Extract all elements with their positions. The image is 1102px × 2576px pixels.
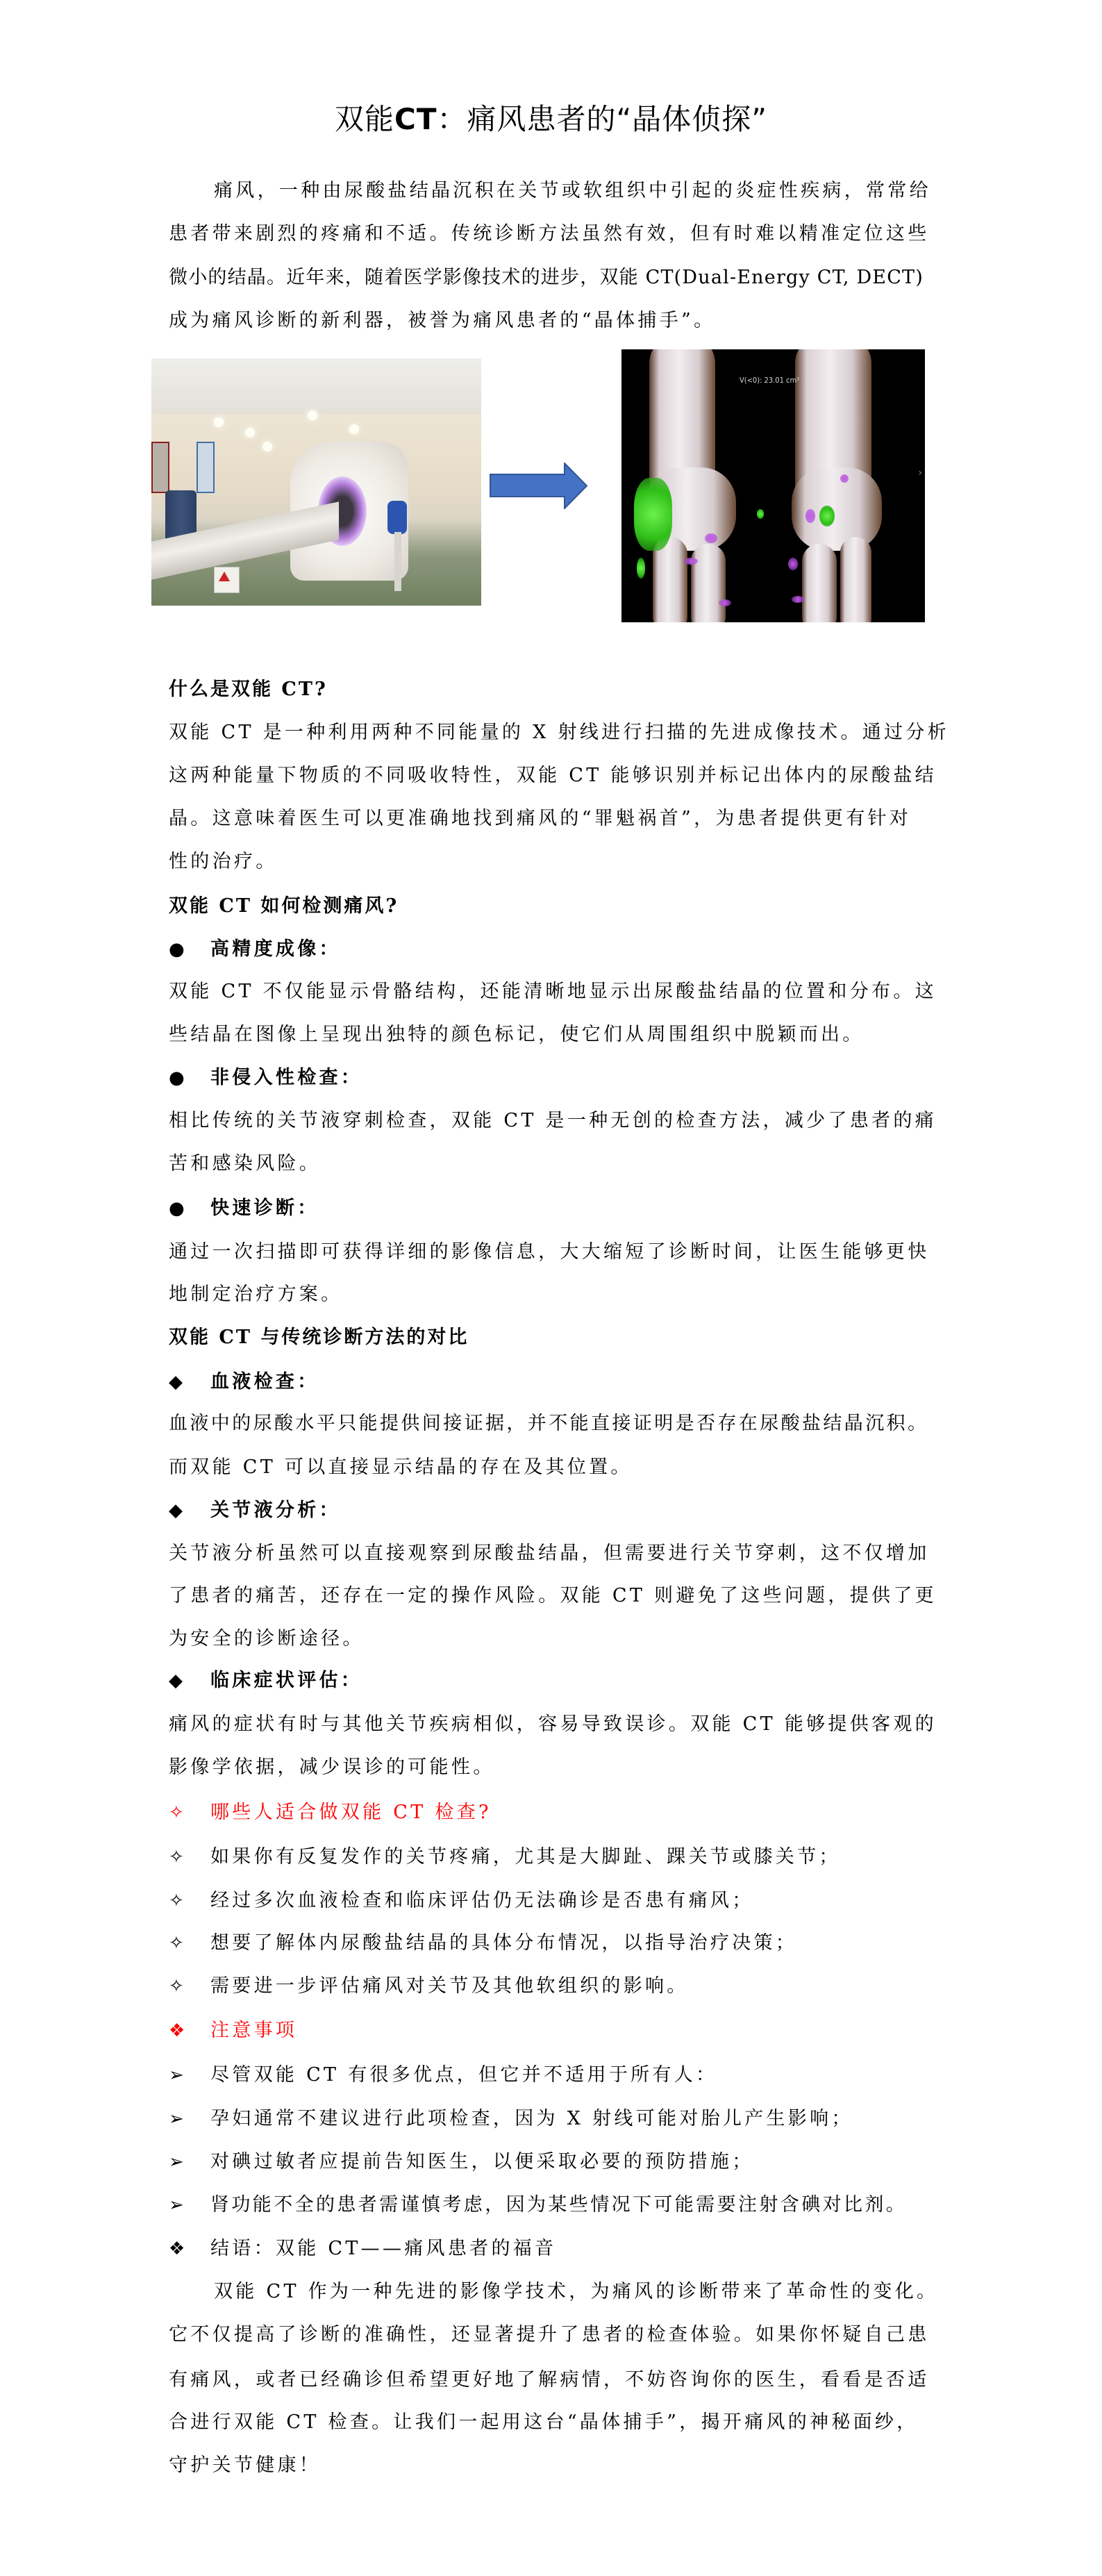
volume-label: V(<0): 23.01 cm³ — [740, 376, 799, 385]
body-line: 有痛风，或者已经确诊但希望更好地了解病情，不妨咨询你的医生，看看是否适 — [169, 2366, 957, 2394]
bullet-dot-icon: ● — [169, 936, 210, 963]
body-line: 血液中的尿酸水平只能提供间接证据，并不能直接证明是否存在尿酸盐结晶沉积。 — [169, 1410, 957, 1438]
section-heading-red: ✧哪些人适合做双能 CT 检查? — [169, 1799, 957, 1827]
conclusion-heading: ❖结语：双能 CT——痛风患者的福音 — [169, 2235, 957, 2263]
bullet-star-icon: ✧ — [169, 1929, 210, 1957]
bullet-four-diamonds-icon: ❖ — [169, 2235, 210, 2263]
list-item: ●快速诊断： — [169, 1195, 957, 1222]
body-line: 守护关节健康！ — [169, 2452, 957, 2479]
list-item: ●非侵入性检查： — [169, 1064, 957, 1092]
list-item: ➢对碘过敏者应提前告知医生，以便采取必要的预防措施； — [169, 2148, 957, 2176]
body-line: 了患者的痛苦，还存在一定的操作风险。双能 CT 则避免了这些问题，提供了更 — [169, 1582, 957, 1610]
heading-text: 注意事项 — [210, 2020, 297, 2041]
dect-ankle-image: V(<0): 23.01 cm³ › — [621, 349, 925, 622]
heading-text: 结语：双能 CT——痛风患者的福音 — [210, 2238, 556, 2259]
bullet-diamond-icon: ◆ — [169, 1368, 210, 1396]
body-line: 相比传统的关节液穿刺检查，双能 CT 是一种无创的检查方法，减少了患者的痛 — [169, 1107, 957, 1135]
item-label: 关节液分析： — [210, 1499, 341, 1521]
body-line: 痛风的症状有时与其他关节疾病相似，容易导致误诊。双能 CT 能够提供客观的 — [169, 1711, 957, 1738]
item-label: 临床症状评估： — [210, 1670, 362, 1691]
item-label: 非侵入性检查： — [210, 1067, 362, 1088]
body-line: 双能 CT 不仅能显示骨骼结构，还能清晰地显示出尿酸盐结晶的位置和分布。这 — [169, 978, 957, 1006]
list-item: ➢尽管双能 CT 有很多优点，但它并不适用于所有人： — [169, 2061, 957, 2089]
intro-line: 成为痛风诊断的新利器，被誉为痛风患者的“晶体捕手”。 — [169, 307, 957, 335]
body-line: 关节液分析虽然可以直接观察到尿酸盐结晶，但需要进行关节穿刺，这不仅增加 — [169, 1540, 957, 1568]
list-item: ✧需要进一步评估痛风对关节及其他软组织的影响。 — [169, 1972, 957, 2000]
list-item: ◆关节液分析： — [169, 1497, 957, 1524]
right-arrow-icon — [490, 463, 588, 509]
item-label: 血液检查： — [210, 1371, 319, 1393]
body-line: 为安全的诊断途径。 — [169, 1625, 957, 1653]
body-line: 晶。这意味着医生可以更准确地找到痛风的“罪魁祸首”，为患者提供更有针对 — [169, 805, 957, 833]
bullet-four-diamonds-icon: ❖ — [169, 2017, 210, 2045]
page-title: 双能CT：痛风患者的“晶体侦探” — [0, 99, 1102, 140]
bullet-diamond-icon: ◆ — [169, 1497, 210, 1524]
ct-scanner-room-image — [151, 358, 481, 606]
intro-line: 微小的结晶。近年来，随着医学影像技术的进步，双能 CT(Dual-Energy … — [169, 264, 957, 292]
list-item: ✧想要了解体内尿酸盐结晶的具体分布情况，以指导治疗决策； — [169, 1929, 957, 1957]
body-line: 而双能 CT 可以直接显示结晶的存在及其位置。 — [169, 1454, 957, 1481]
body-line: 性的治疗。 — [169, 848, 957, 876]
item-text: 想要了解体内尿酸盐结晶的具体分布情况，以指导治疗决策； — [210, 1932, 797, 1954]
bullet-star-icon: ✧ — [169, 1972, 210, 2000]
section-heading-red: ❖注意事项 — [169, 2017, 957, 2045]
bullet-dot-icon: ● — [169, 1195, 210, 1222]
list-item: ✧经过多次血液检查和临床评估仍无法确诊是否患有痛风； — [169, 1887, 957, 1915]
list-item: ◆血液检查： — [169, 1368, 957, 1396]
section-heading: 什么是双能 CT? — [169, 676, 957, 704]
bullet-star-icon: ✧ — [169, 1843, 210, 1871]
item-text: 孕妇通常不建议进行此项检查，因为 X 射线可能对胎儿产生影响； — [210, 2108, 853, 2129]
body-line: 地制定治疗方案。 — [169, 1281, 957, 1308]
bullet-arrowhead-icon: ➢ — [169, 2191, 210, 2219]
body-line: 它不仅提高了诊断的准确性，还显著提升了患者的检查体验。如果你怀疑自己患 — [169, 2321, 957, 2349]
list-item: ◆临床症状评估： — [169, 1667, 957, 1695]
list-item: ✧如果你有反复发作的关节疼痛，尤其是大脚趾、踝关节或膝关节； — [169, 1843, 957, 1871]
section-heading: 双能 CT 如何检测痛风? — [169, 892, 957, 920]
item-label: 快速诊断： — [210, 1197, 319, 1219]
body-line: 双能 CT 作为一种先进的影像学技术，为痛风的诊断带来了革命性的变化。 — [214, 2278, 1002, 2306]
bullet-arrowhead-icon: ➢ — [169, 2148, 210, 2176]
body-line: 些结晶在图像上呈现出独特的颜色标记，使它们从周围组织中脱颖而出。 — [169, 1021, 957, 1049]
body-line: 这两种能量下物质的不同吸收特性，双能 CT 能够识别并标记出体内的尿酸盐结 — [169, 762, 957, 790]
item-text: 肾功能不全的患者需谨慎考虑，因为某些情况下可能需要注射含碘对比剂。 — [210, 2194, 907, 2216]
bullet-diamond-icon: ◆ — [169, 1667, 210, 1695]
body-line: 苦和感染风险。 — [169, 1150, 957, 1178]
item-text: 需要进一步评估痛风对关节及其他软组织的影响。 — [210, 1975, 689, 1997]
item-text: 对碘过敏者应提前告知医生，以便采取必要的预防措施； — [210, 2151, 754, 2172]
list-item: ➢肾功能不全的患者需谨慎考虑，因为某些情况下可能需要注射含碘对比剂。 — [169, 2191, 957, 2219]
body-line: 通过一次扫描即可获得详细的影像信息，大大缩短了诊断时间，让医生能够更快 — [169, 1238, 957, 1266]
title-suffix: ：痛风患者的“晶体侦探” — [437, 102, 767, 136]
intro-line: 痛风，一种由尿酸盐结晶沉积在关节或软组织中引起的炎症性疾病，常常给 — [214, 177, 1002, 205]
title-ct: CT — [394, 102, 437, 136]
item-text: 如果你有反复发作的关节疼痛，尤其是大脚趾、踝关节或膝关节； — [210, 1846, 841, 1868]
item-text: 尽管双能 CT 有很多优点，但它并不适用于所有人： — [210, 2064, 717, 2086]
section-heading: 双能 CT 与传统诊断方法的对比 — [169, 1324, 957, 1352]
body-line: 合进行双能 CT 检查。让我们一起用这台“晶体捕手”，揭开痛风的神秘面纱， — [169, 2409, 957, 2436]
bullet-arrowhead-icon: ➢ — [169, 2061, 210, 2089]
chevron-right-icon: › — [918, 467, 922, 479]
bullet-star-icon: ✧ — [169, 1887, 210, 1915]
intro-line: 患者带来剧烈的疼痛和不适。传统诊断方法虽然有效，但有时难以精准定位这些 — [169, 220, 957, 248]
bullet-dot-icon: ● — [169, 1064, 210, 1092]
body-line: 双能 CT 是一种利用两种不同能量的 X 射线进行扫描的先进成像技术。通过分析 — [169, 719, 957, 747]
bullet-arrowhead-icon: ➢ — [169, 2105, 210, 2133]
item-label: 高精度成像： — [210, 938, 341, 960]
list-item: ➢孕妇通常不建议进行此项检查，因为 X 射线可能对胎儿产生影响； — [169, 2105, 957, 2133]
title-prefix: 双能 — [335, 102, 394, 136]
body-line: 影像学依据，减少误诊的可能性。 — [169, 1754, 957, 1781]
item-text: 经过多次血液检查和临床评估仍无法确诊是否患有痛风； — [210, 1890, 754, 1911]
bullet-star-icon: ✧ — [169, 1799, 210, 1827]
list-item: ●高精度成像： — [169, 936, 957, 963]
heading-text: 哪些人适合做双能 CT 检查? — [210, 1802, 492, 1823]
